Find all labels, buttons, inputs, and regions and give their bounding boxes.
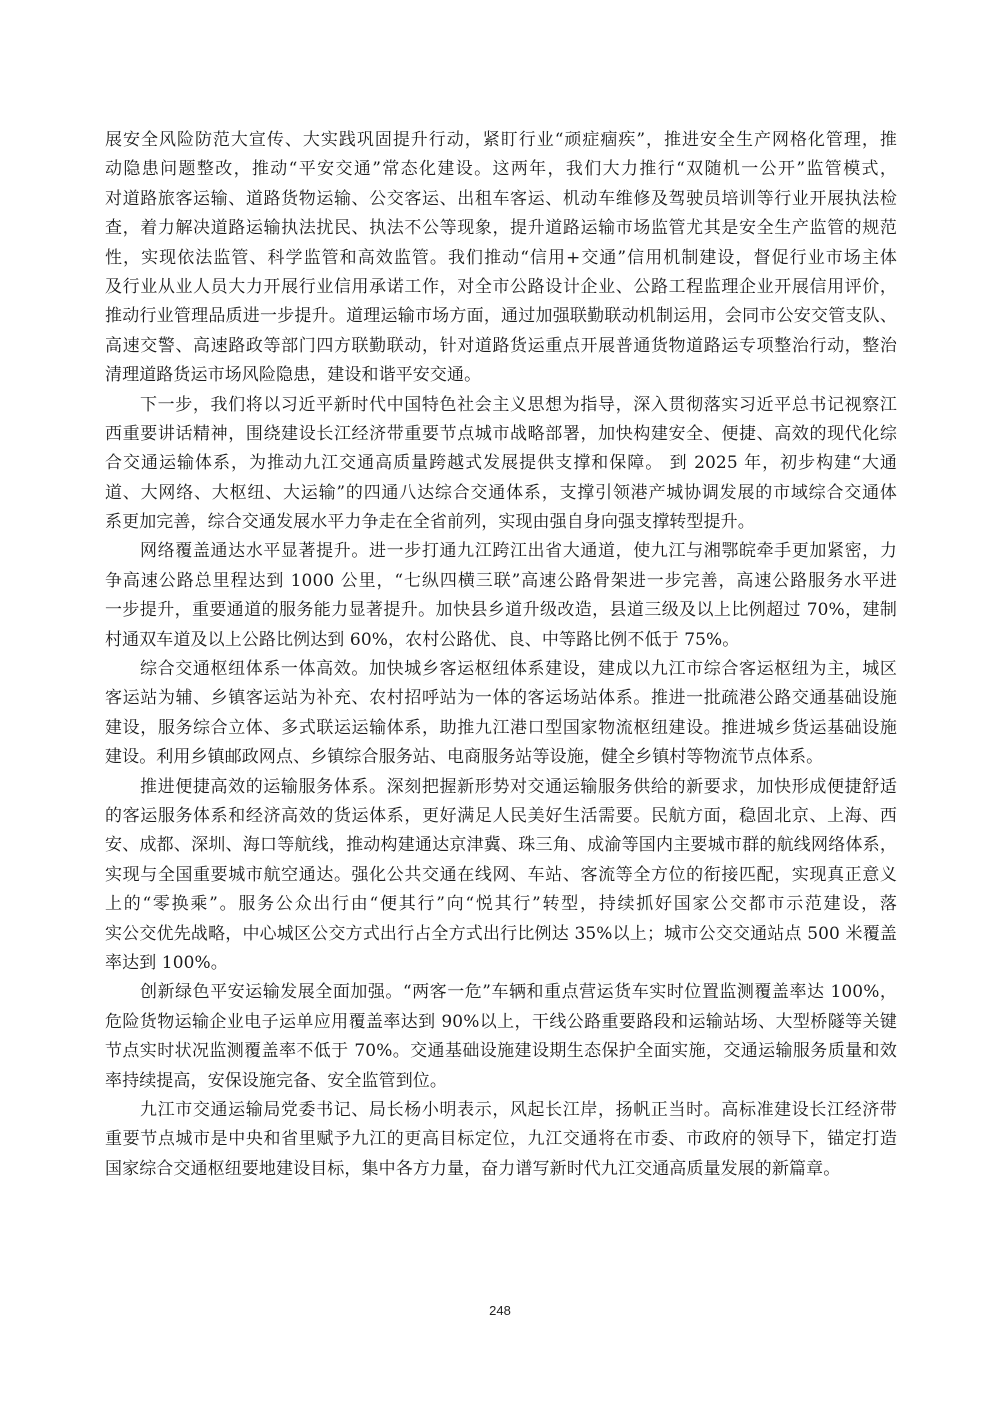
paragraph: 网络覆盖通达水平显著提升。进一步打通九江跨江出省大通道，使九江与湘鄂皖牵手更加紧… (105, 537, 897, 655)
paragraph: 创新绿色平安运输发展全面加强。“两客一危”车辆和重点营运货车实时位置监测覆盖率达… (105, 978, 897, 1096)
text-line: 系更加完善，综合交通发展水平力争走在全省前列，实现由强自身向强支撑转型提升。 (105, 508, 897, 537)
paragraph: 下一步，我们将以习近平新时代中国特色社会主义思想为指导，深入贯彻落实习近平总书记… (105, 391, 897, 538)
text-line: 国家综合交通枢纽要地建设目标，集中各方力量，奋力谱写新时代九江交通高质量发展的新… (105, 1155, 897, 1184)
text-line: 推动行业管理品质进一步提升。道理运输市场方面，通过加强联勤联动机制运用，会同市公… (105, 302, 897, 331)
text-line: 合交通运输体系，为推动九江交通高质量跨越式发展提供支撑和保障。 到 2025 年… (105, 449, 897, 478)
text-line: 展安全风险防范大宣传、大实践巩固提升行动，紧盯行业“顽症痼疾”，推进安全生产网格… (105, 126, 897, 155)
page-number: 248 (0, 1303, 1000, 1318)
text-line: 推进便捷高效的运输服务体系。深刻把握新形势对交通运输服务供给的新要求，加快形成便… (105, 773, 897, 802)
text-line: 西重要讲话精神，围绕建设长江经济带重要节点城市战略部署，加快构建安全、便捷、高效… (105, 420, 897, 449)
text-line: 实公交优先战略，中心城区公交方式出行占全方式出行比例达 35%以上；城市公交交通… (105, 920, 897, 949)
text-line: 网络覆盖通达水平显著提升。进一步打通九江跨江出省大通道，使九江与湘鄂皖牵手更加紧… (105, 537, 897, 566)
text-line: 村通双车道及以上公路比例达到 60%，农村公路优、良、中等路比例不低于 75%。 (105, 626, 897, 655)
text-line: 率持续提高，安保设施完备、安全监管到位。 (105, 1067, 897, 1096)
paragraph: 综合交通枢纽体系一体高效。加快城乡客运枢纽体系建设，建成以九江市综合客运枢纽为主… (105, 655, 897, 773)
text-line: 实现与全国重要城市航空通达。强化公共交通在线网、车站、客流等全方位的衔接匹配，实… (105, 861, 897, 890)
text-line: 建设。利用乡镇邮政网点、乡镇综合服务站、电商服务站等设施，健全乡镇村等物流节点体… (105, 743, 897, 772)
text-line: 安、成都、深圳、海口等航线，推动构建通达京津冀、珠三角、成渝等国内主要城市群的航… (105, 831, 897, 860)
text-line: 率达到 100%。 (105, 949, 897, 978)
text-line: 综合交通枢纽体系一体高效。加快城乡客运枢纽体系建设，建成以九江市综合客运枢纽为主… (105, 655, 897, 684)
text-line: 查，着力解决道路运输执法扰民、执法不公等现象，提升道路运输市场监管尤其是安全生产… (105, 214, 897, 243)
text-line: 客运站为辅、乡镇客运站为补充、农村招呼站为一体的客运场站体系。推进一批疏港公路交… (105, 684, 897, 713)
text-line: 建设，服务综合立体、多式联运运输体系，助推九江港口型国家物流枢纽建设。推进城乡货… (105, 714, 897, 743)
paragraph: 推进便捷高效的运输服务体系。深刻把握新形势对交通运输服务供给的新要求，加快形成便… (105, 773, 897, 979)
text-line: 一步提升，重要通道的服务能力显著提升。加快县乡道升级改造，县道三级及以上比例超过… (105, 596, 897, 625)
text-line: 创新绿色平安运输发展全面加强。“两客一危”车辆和重点营运货车实时位置监测覆盖率达… (105, 978, 897, 1007)
document-body: 展安全风险防范大宣传、大实践巩固提升行动，紧盯行业“顽症痼疾”，推进安全生产网格… (105, 126, 897, 1184)
text-line: 道、大网络、大枢纽、大运输”的四通八达综合交通体系，支撑引领港产城协调发展的市域… (105, 479, 897, 508)
text-line: 的客运服务体系和经济高效的货运体系，更好满足人民美好生活需要。民航方面，稳固北京… (105, 802, 897, 831)
text-line: 争高速公路总里程达到 1000 公里，“七纵四横三联”高速公路骨架进一步完善，高… (105, 567, 897, 596)
text-line: 动隐患问题整改，推动“平安交通”常态化建设。这两年，我们大力推行“双随机一公开”… (105, 155, 897, 184)
text-line: 对道路旅客运输、道路货物运输、公交客运、出租车客运、机动车维修及驾驶员培训等行业… (105, 185, 897, 214)
paragraph: 展安全风险防范大宣传、大实践巩固提升行动，紧盯行业“顽症痼疾”，推进安全生产网格… (105, 126, 897, 391)
text-line: 性，实现依法监管、科学监管和高效监管。我们推动“信用+交通”信用机制建设，督促行… (105, 244, 897, 273)
text-line: 危险货物运输企业电子运单应用覆盖率达到 90%以上，干线公路重要路段和运输站场、… (105, 1008, 897, 1037)
paragraph: 九江市交通运输局党委书记、局长杨小明表示，风起长江岸，扬帆正当时。高标准建设长江… (105, 1096, 897, 1184)
text-line: 九江市交通运输局党委书记、局长杨小明表示，风起长江岸，扬帆正当时。高标准建设长江… (105, 1096, 897, 1125)
text-line: 高速交警、高速路政等部门四方联勤联动，针对道路货运重点开展普通货物道路运专项整治… (105, 332, 897, 361)
text-line: 节点实时状况监测覆盖率不低于 70%。交通基础设施建设期生态保护全面实施，交通运… (105, 1037, 897, 1066)
text-line: 及行业从业人员大力开展行业信用承诺工作，对全市公路设计企业、公路工程监理企业开展… (105, 273, 897, 302)
text-line: 重要节点城市是中央和省里赋予九江的更高目标定位，九江交通将在市委、市政府的领导下… (105, 1125, 897, 1154)
text-line: 下一步，我们将以习近平新时代中国特色社会主义思想为指导，深入贯彻落实习近平总书记… (105, 391, 897, 420)
text-line: 清理道路货运市场风险隐患，建设和谐平安交通。 (105, 361, 897, 390)
text-line: 上的“零换乘”。服务公众出行由“便其行”向“悦其行”转型，持续抓好国家公交都市示… (105, 890, 897, 919)
